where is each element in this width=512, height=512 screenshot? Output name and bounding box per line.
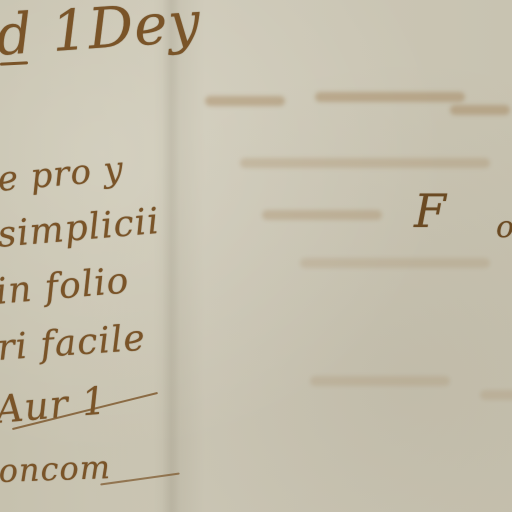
faded-ink-row bbox=[205, 96, 285, 106]
handwritten-letter: o bbox=[496, 210, 512, 245]
faded-ink-row bbox=[240, 158, 490, 168]
handwritten-line: simplicii bbox=[0, 201, 161, 256]
faded-ink-row bbox=[480, 390, 512, 400]
faded-ink-row bbox=[450, 105, 510, 115]
manuscript-page: d 1Dey e pro y simplicii in folio ri fac… bbox=[0, 0, 512, 512]
paper-fold bbox=[162, 0, 180, 512]
handwritten-line: Aur 1 bbox=[0, 378, 109, 432]
handwritten-line: ri facile bbox=[0, 318, 147, 369]
handwritten-line: e pro y bbox=[0, 149, 125, 200]
faded-ink-row bbox=[310, 376, 450, 386]
handwritten-letter: F bbox=[414, 184, 447, 238]
handwritten-line: in folio bbox=[0, 260, 131, 313]
faded-ink-row bbox=[315, 92, 465, 102]
handwritten-line: oncom bbox=[0, 448, 112, 490]
faded-ink-row bbox=[262, 210, 382, 220]
faded-ink-row bbox=[300, 258, 490, 268]
